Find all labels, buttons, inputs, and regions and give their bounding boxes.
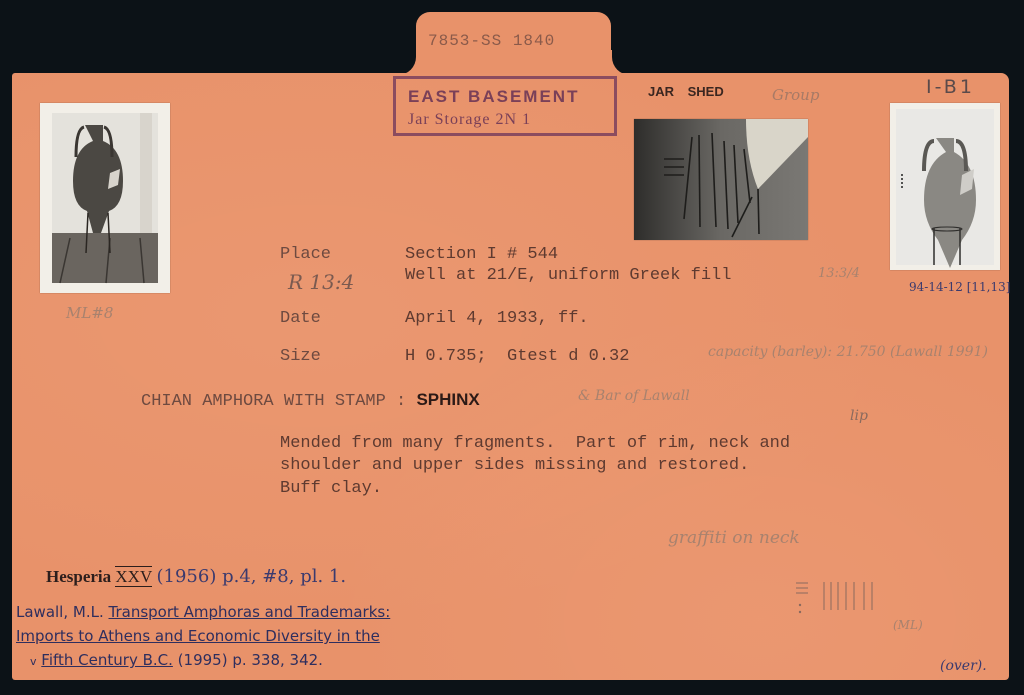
- photo-amphora-full: [40, 103, 170, 293]
- storage-stamp: EAST BASEMENT Jar Storage 2N 1: [393, 76, 617, 136]
- date-label: Date: [280, 309, 321, 328]
- graffiti-tally-sketch: [822, 580, 882, 610]
- title-separator: :: [396, 392, 406, 411]
- photo-graffiti-detail: [634, 119, 808, 240]
- place-label: Place: [280, 245, 331, 264]
- lawall-pages: (1995) p. 338, 342.: [178, 651, 323, 669]
- over-note: (over).: [940, 658, 987, 674]
- inventory-number: 7853-SS 1840: [428, 32, 555, 50]
- graffiti-note: graffiti on neck: [668, 528, 800, 548]
- lawall-line-2: Imports to Athens and Economic Diversity…: [16, 627, 380, 645]
- check-mark: v: [30, 655, 37, 668]
- lawall-author: Lawall, M.L.: [16, 603, 104, 621]
- insert-note-lip: lip: [850, 408, 868, 424]
- title-handwritten-note: & Bar of Lawall: [578, 388, 690, 404]
- object-title: CHIAN AMPHORA WITH STAMP : SPHINX: [141, 390, 480, 411]
- photo-caption-number: 94-14-12 [11,13]: [909, 280, 1010, 294]
- hesperia-reference: Hesperia XXV (1956) p.4, #8, pl. 1.: [46, 566, 346, 587]
- size-label: Size: [280, 347, 321, 366]
- place-fill-note: 13:3/4: [818, 266, 860, 281]
- hesperia-journal: Hesperia: [46, 567, 111, 586]
- description-line-2: shoulder and upper sides missing and res…: [280, 456, 749, 475]
- size-value: H 0.735; Gtest d 0.32: [405, 347, 629, 366]
- stamp-location: EAST BASEMENT: [408, 87, 579, 107]
- lawall-line-1: Lawall, M.L. Transport Amphoras and Trad…: [16, 603, 390, 621]
- graffiti-marks-sketch: [794, 580, 810, 616]
- group-note: Group: [772, 86, 819, 104]
- place-handwritten-grid: R 13:4: [288, 270, 354, 294]
- place-well: Well at 21/E, uniform Greek fill: [405, 266, 731, 285]
- lawall-line-3: v Fifth Century B.C. (1995) p. 338, 342.: [30, 651, 323, 669]
- lawall-title-1: Transport Amphoras and Trademarks:: [109, 603, 391, 621]
- lawall-title-2: Fifth Century B.C.: [41, 651, 173, 669]
- description-line-1: Mended from many fragments. Part of rim,…: [280, 434, 790, 453]
- date-value: April 4, 1933, ff.: [405, 309, 589, 328]
- location-label: JAR SHED: [648, 84, 724, 99]
- capacity-note: capacity (barley): 21.750 (Lawall 1991): [708, 344, 988, 360]
- photo-note-ml8: ML#8: [66, 304, 113, 322]
- ml-note: (ML): [893, 618, 923, 632]
- stamp-storage: Jar Storage 2N 1: [408, 111, 531, 129]
- stamp-name: SPHINX: [416, 390, 479, 409]
- classification-code: I-B1: [926, 76, 975, 98]
- description-line-3: Buff clay.: [280, 479, 382, 498]
- hesperia-volume: XXV: [115, 566, 152, 587]
- photo-amphora-restored: [890, 103, 1000, 270]
- hesperia-pages: (1956) p.4, #8, pl. 1.: [157, 566, 347, 587]
- place-section: Section I # 544: [405, 245, 558, 264]
- object-type: CHIAN AMPHORA WITH STAMP: [141, 392, 386, 411]
